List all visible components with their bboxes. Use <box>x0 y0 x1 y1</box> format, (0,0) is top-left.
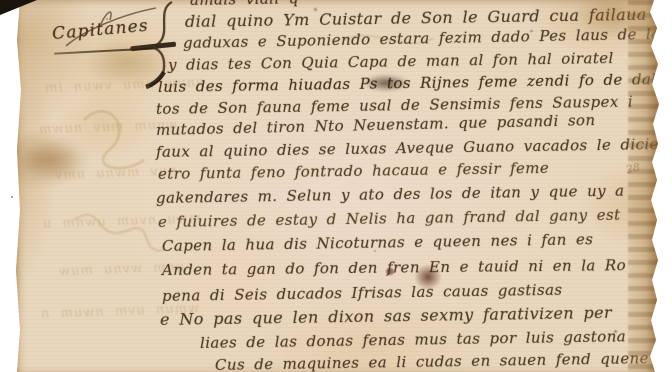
red-brown-blot <box>414 264 442 290</box>
speck <box>314 8 317 11</box>
manuscript-line: amais viali q <box>190 0 299 10</box>
speck <box>374 250 376 252</box>
paper-left-edge <box>14 0 26 372</box>
edge-stain <box>22 140 82 180</box>
dust-speck <box>11 196 13 198</box>
ink-smudge <box>363 74 409 92</box>
speck <box>106 18 108 20</box>
speck <box>530 30 533 32</box>
paper-stain <box>84 40 174 86</box>
manuscript-photo: unuw nmu vwun im wnum muv nuwm nuv mwnu … <box>0 0 672 372</box>
torn-right-edge <box>628 0 660 372</box>
red-brown-dot <box>386 268 394 275</box>
speck <box>614 330 617 333</box>
manuscript-page: unuw nmu vwun im wnum muv nuwm nuv mwnu … <box>14 0 660 372</box>
